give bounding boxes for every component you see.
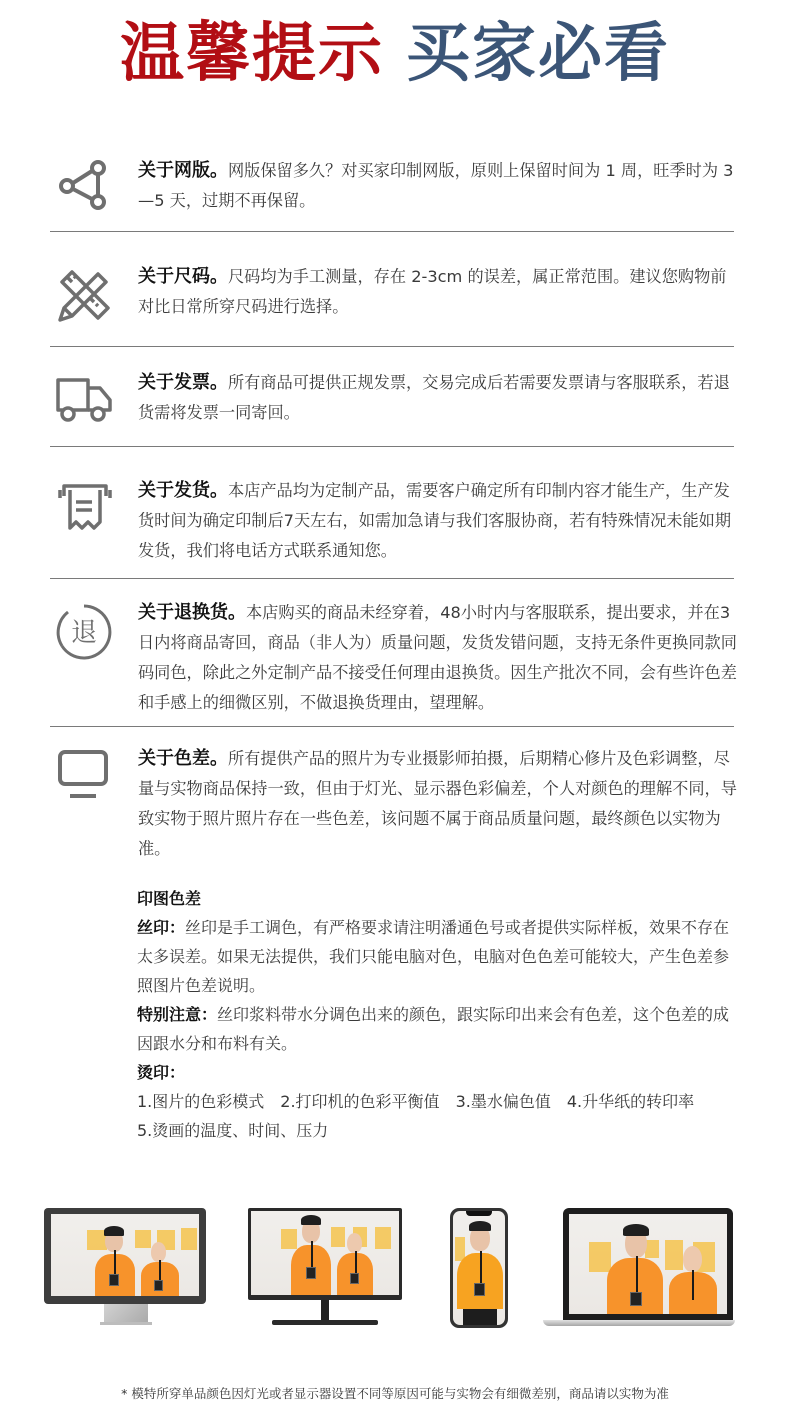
heat-factor: 4.升华纸的转印率 bbox=[567, 1092, 694, 1111]
section-heading: 关于退换货。 bbox=[138, 602, 246, 623]
heat-factor: 2.打印机的色彩平衡值 bbox=[280, 1092, 439, 1111]
heat-print-title: 烫印： bbox=[137, 1058, 737, 1087]
divider bbox=[50, 726, 734, 727]
flat-monitor-preview bbox=[248, 1208, 402, 1330]
return-circle-icon: 退 bbox=[54, 602, 114, 662]
device-previews bbox=[0, 1200, 790, 1340]
section-text: 关于尺码。尺码均为手工测量，存在 2-3cm 的误差，属正常范围。建议您购物前对… bbox=[138, 262, 738, 322]
section-size: 关于尺码。尺码均为手工测量，存在 2-3cm 的误差，属正常范围。建议您购物前对… bbox=[50, 262, 734, 322]
heat-factor: 1.图片的色彩模式 bbox=[137, 1092, 264, 1111]
print-diff-title: 印图色差 bbox=[137, 884, 737, 913]
share-network-icon bbox=[54, 156, 114, 216]
section-text: 关于网版。网版保留多久？对买家印制网版，原则上保留时间为 1 周，旺季时为 3—… bbox=[138, 156, 738, 216]
monitor-icon bbox=[54, 746, 114, 806]
silk-label: 丝印： bbox=[137, 918, 185, 937]
receipt-printer-icon bbox=[54, 476, 114, 536]
heat-print-factors: 1.图片的色彩模式2.打印机的色彩平衡值3.墨水偏色值4.升华纸的转印率 5.烫… bbox=[137, 1087, 737, 1145]
laptop-preview bbox=[543, 1208, 735, 1330]
truck-icon bbox=[54, 370, 114, 430]
section-text: 关于色差。所有提供产品的照片为专业摄影师拍摄，后期精心修片及色彩调整，尽量与实物… bbox=[138, 744, 738, 864]
desktop-monitor-preview bbox=[44, 1208, 206, 1326]
section-invoice: 关于发票。所有商品可提供正规发票，交易完成后若需要发票请与客服联系，若退货需将发… bbox=[50, 368, 734, 428]
section-heading: 关于色差。 bbox=[138, 748, 228, 769]
section-color-difference: 关于色差。所有提供产品的照片为专业摄影师拍摄，后期精心修片及色彩调整，尽量与实物… bbox=[50, 744, 734, 864]
section-body: 所有提供产品的照片为专业摄影师拍摄，后期精心修片及色彩调整，尽量与实物商品保持一… bbox=[138, 749, 737, 858]
ruler-pencil-icon bbox=[54, 266, 114, 326]
section-screen-plate: 关于网版。网版保留多久？对买家印制网版，原则上保留时间为 1 周，旺季时为 3—… bbox=[50, 156, 734, 216]
silk-body: 丝印是手工调色，有严格要求请注明潘通色号或者提供实际样板，效果不存在太多误差。如… bbox=[137, 918, 729, 995]
special-note-paragraph: 特别注意：丝印浆料带水分调色出来的颜色，跟实际印出来会有色差，这个色差的成因跟水… bbox=[137, 1000, 737, 1058]
section-body: 网版保留多久？对买家印制网版，原则上保留时间为 1 周，旺季时为 3—5 天，过… bbox=[138, 161, 733, 210]
section-heading: 关于尺码。 bbox=[138, 266, 228, 287]
title-blue: 买家必看 bbox=[406, 17, 670, 91]
section-text: 关于退换货。本店购买的商品未经穿着，48小时内与客服联系，提出要求，并在3日内将… bbox=[138, 598, 738, 718]
section-heading: 关于发票。 bbox=[138, 372, 228, 393]
section-heading: 关于网版。 bbox=[138, 160, 228, 181]
section-text: 关于发货。本店产品均为定制产品，需要客户确定所有印制内容才能生产，生产发货时间为… bbox=[138, 476, 738, 566]
section-shipping: 关于发货。本店产品均为定制产品，需要客户确定所有印制内容才能生产，生产发货时间为… bbox=[50, 476, 734, 566]
divider bbox=[50, 446, 734, 447]
section-text: 关于发票。所有商品可提供正规发票，交易完成后若需要发票请与客服联系，若退货需将发… bbox=[138, 368, 738, 428]
title-red: 温馨提示 bbox=[120, 17, 384, 91]
note-label: 特别注意： bbox=[137, 1005, 217, 1024]
section-heading: 关于发货。 bbox=[138, 480, 228, 501]
divider bbox=[50, 231, 734, 232]
page-title: 温馨提示买家必看 bbox=[0, 14, 790, 94]
heat-factor: 5.烫画的温度、时间、压力 bbox=[137, 1121, 328, 1140]
footer-disclaimer: * 模特所穿单品颜色因灯光或者显示器设置不同等原因可能与实物会有细微差别，商品请… bbox=[0, 1384, 790, 1402]
section-returns: 退 关于退换货。本店购买的商品未经穿着，48小时内与客服联系，提出要求，并在3日… bbox=[50, 598, 734, 718]
heat-factor: 3.墨水偏色值 bbox=[456, 1092, 551, 1111]
silk-print-paragraph: 丝印：丝印是手工调色，有严格要求请注明潘通色号或者提供实际样板，效果不存在太多误… bbox=[137, 913, 737, 1000]
print-diff-block: 印图色差 丝印：丝印是手工调色，有严格要求请注明潘通色号或者提供实际样板，效果不… bbox=[137, 884, 737, 1145]
divider bbox=[50, 346, 734, 347]
smartphone-preview bbox=[450, 1208, 508, 1328]
divider bbox=[50, 578, 734, 579]
svg-text:退: 退 bbox=[71, 618, 97, 648]
note-body: 丝印浆料带水分调色出来的颜色，跟实际印出来会有色差，这个色差的成因跟水分和布料有… bbox=[137, 1005, 729, 1053]
